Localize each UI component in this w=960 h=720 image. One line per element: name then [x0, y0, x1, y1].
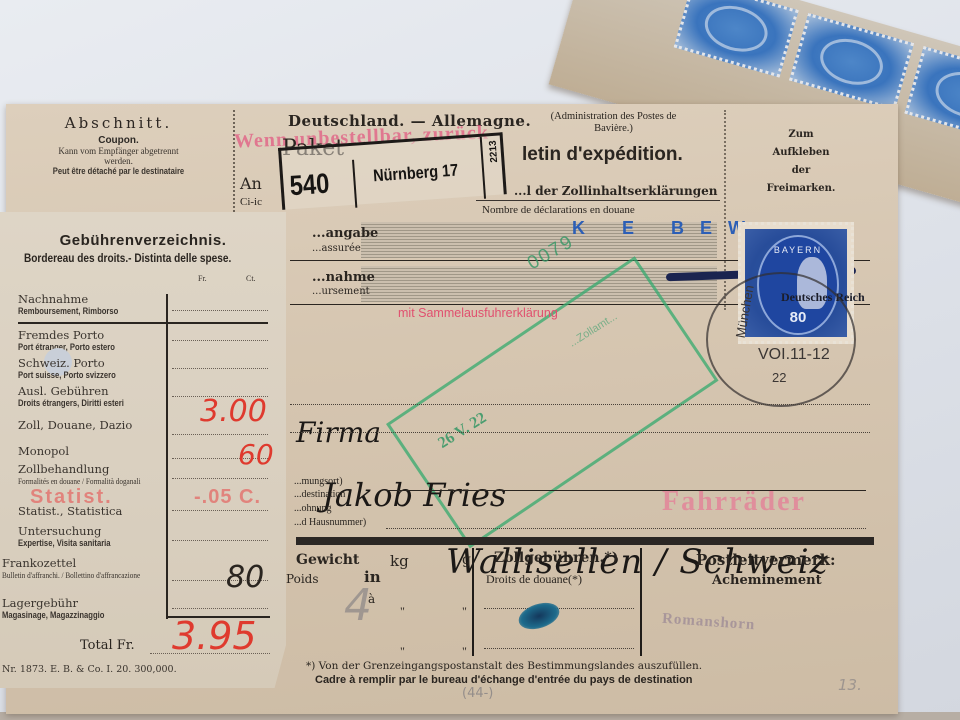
dotted-line — [290, 432, 870, 433]
dotted-line — [290, 404, 870, 405]
house-number-label: ...d Hausnummer) — [294, 517, 366, 528]
cod-label-fr: ...ursement — [312, 286, 370, 297]
stamp-country: BAYERN — [759, 245, 837, 255]
note-line: Aufkleben — [746, 144, 856, 162]
envelope-stamp — [674, 0, 799, 78]
fee-slip-title: Gebührenverzeichnis. — [0, 232, 286, 249]
fee-label: Statist., Statistica — [18, 504, 168, 518]
fee-label: Frankozettel — [2, 556, 152, 570]
label-code: 2213 — [487, 140, 500, 163]
divider — [18, 322, 268, 324]
fee-row: Fremdes Porto Port étranger, Porto ester… — [18, 328, 168, 352]
divider — [480, 137, 486, 199]
ci-label: Ci-ic — [240, 196, 262, 208]
footnote-de: *) Von der Grenzeingangspostanstalt des … — [306, 660, 702, 672]
g-label: g — [462, 552, 471, 568]
fee-row: Zoll, Douane, Dazio — [18, 418, 168, 432]
fee-row: Statist., Statistica — [18, 504, 168, 518]
fee-label: Monopol — [18, 444, 168, 458]
routing-label: Postleitvermerk: — [696, 551, 836, 569]
customs-declarations-label-fr: Nombre de déclarations en douane — [482, 204, 635, 216]
dotted-line — [172, 540, 268, 541]
address-line-name: Jakob Fries — [322, 476, 506, 514]
footnote-fr: Cadre à remplir par le bureau d'échange … — [315, 674, 693, 686]
fee-value-frankozettel: 80 — [226, 560, 264, 595]
fee-label-fr: Expertise, Visita sanitaria — [18, 538, 146, 548]
col-fr-header: Fr. — [198, 274, 207, 283]
postmark-date: VOI.11-12 — [758, 346, 830, 364]
dotted-line — [172, 510, 268, 511]
fee-label-fr: Port étranger, Porto estero — [18, 342, 146, 352]
fee-label: Nachnahme — [18, 292, 168, 306]
an-label: An — [240, 174, 262, 193]
ditto-mark: " — [462, 604, 467, 619]
perforation-line — [233, 110, 235, 220]
coupon-title: Abschnitt. — [6, 114, 231, 132]
weight-label: Gewicht — [296, 552, 359, 568]
fee-label-fr: Bulletin d'affranchi. / Bollettino d'aff… — [2, 570, 130, 580]
fee-label-fr: Formalités en douane / Formalità doganal… — [18, 476, 146, 486]
note-line: der — [746, 162, 856, 180]
routing-label-fr: Acheminement — [712, 573, 822, 588]
column-divider — [472, 548, 474, 656]
fee-label: Ausl. Gebühren — [18, 384, 168, 398]
cod-label: ...nahme — [312, 270, 375, 285]
envelope-stamp — [904, 46, 960, 144]
fee-row: Lagergebühr Magasinage, Magazzinaggio — [2, 596, 152, 620]
pencil-corner-note: 13. — [838, 676, 862, 694]
fee-label: Untersuchung — [18, 524, 168, 538]
dotted-line — [172, 434, 268, 435]
administration-note: (Administration des Postes de Bavière.) — [531, 111, 696, 135]
coupon-note-de-2: werden. — [6, 156, 231, 166]
residence-label: ...ohnung — [294, 503, 332, 514]
postmark-circle — [706, 272, 856, 407]
total-label: Total Fr. — [80, 638, 135, 653]
stamp-placement-note: Zum Aufkleben der Freimarken. — [746, 126, 856, 198]
col-ct-header: Ct. — [246, 274, 256, 283]
fee-label-fr: Magasinage, Magazzinaggio — [2, 610, 130, 620]
dotted-line — [172, 368, 268, 369]
fee-row: Schweiz. Porto Port suisse, Porto svizze… — [18, 356, 168, 380]
ditto-mark: " — [400, 644, 405, 659]
dotted-line — [172, 310, 268, 311]
parcel-number: 540 — [289, 168, 331, 203]
fee-label: Zollbehandlung — [18, 462, 168, 476]
coupon-section: Abschnitt. Coupon. Kann vom Empfänger ab… — [6, 104, 231, 216]
coupon-note-de: Kann vom Empfänger abgetrennt — [6, 146, 231, 156]
envelope-stamp — [789, 13, 914, 111]
fee-row: Ausl. Gebühren Droits étrangers, Diritti… — [18, 384, 168, 408]
poids-label: Poids — [286, 572, 319, 586]
ditto-mark: " — [462, 644, 467, 659]
dotted-line — [172, 478, 268, 479]
postmark-year: 22 — [772, 370, 786, 385]
fee-slip: Gebührenverzeichnis. Bordereau des droit… — [0, 212, 286, 688]
coupon-subtitle: Coupon. — [6, 135, 231, 146]
dotted-line — [386, 528, 866, 529]
dotted-line — [172, 340, 268, 341]
ink-blot — [515, 598, 562, 634]
fee-label-fr: Droits étrangers, Diritti esteri — [18, 398, 146, 408]
routing-stamp: Romanshorn — [662, 611, 756, 634]
destination-label: ...mungsort) — [294, 476, 343, 487]
coupon-note-fr: Peut être détaché par le destinataire — [23, 166, 214, 176]
ditto-mark: " — [400, 604, 405, 619]
weight-value: 4 — [344, 580, 372, 631]
value-label: ...angabe — [312, 226, 378, 241]
divider — [386, 490, 866, 491]
post-office: Nürnberg 17 — [373, 161, 459, 187]
value-label-fr: ...assurée — [312, 243, 361, 254]
destination-label-fr: ...destination — [294, 489, 345, 500]
thick-separator — [296, 537, 874, 545]
fee-label: Schweiz. Porto — [18, 356, 168, 370]
form-title: letin d'expédition. — [522, 144, 683, 166]
pencil-note: (44-) — [462, 686, 493, 701]
fee-row: Frankozettel Bulletin d'affranchi. / Bol… — [2, 556, 152, 580]
duty-label-fr: Droits de douane(*) — [486, 572, 582, 587]
red-collective-export-stamp: mit Sammelausfuhrerklärung — [398, 306, 558, 320]
note-line: Freimarken. — [746, 180, 856, 198]
fee-label: Lagergebühr — [2, 596, 152, 610]
divider — [352, 160, 357, 208]
fee-row: Monopol — [18, 444, 168, 458]
fee-row: Zollbehandlung Formalités en douane / Fo… — [18, 462, 168, 486]
fee-row: Nachnahme Remboursement, Rimborso — [18, 292, 168, 316]
duty-label: Zollgebühren.*) — [494, 550, 618, 566]
fee-slip-subtitle: Bordereau des droits.- Distinta delle sp… — [24, 251, 231, 265]
fee-label-fr: Port suisse, Porto svizzero — [18, 370, 146, 380]
total-value: 3.95 — [172, 614, 257, 658]
fee-label-fr: Remboursement, Rimborso — [18, 306, 146, 316]
column-divider — [640, 548, 642, 656]
dotted-line — [172, 608, 268, 609]
fee-label: Zoll, Douane, Dazio — [18, 418, 168, 432]
kg-label: kg — [390, 552, 409, 570]
fee-label: Fremdes Porto — [18, 328, 168, 342]
printer-imprint: Nr. 1873. E. B. & Co. I. 20. 300,000. — [2, 664, 177, 675]
red-fee-stamp: -.05 C. — [194, 486, 261, 509]
fee-value-monopol: 60 — [238, 438, 274, 471]
divider — [476, 200, 720, 201]
perforation-line — [724, 110, 726, 310]
blue-stamp: K E BEW — [572, 218, 761, 239]
fee-row: Untersuchung Expertise, Visita sanitaria — [18, 524, 168, 548]
fee-value-zoll: 3.00 — [200, 394, 267, 429]
note-line: Zum — [746, 126, 856, 144]
customs-declarations-label: ...l der Zollinhaltserklärungen — [514, 184, 717, 198]
dotted-line — [484, 648, 634, 649]
